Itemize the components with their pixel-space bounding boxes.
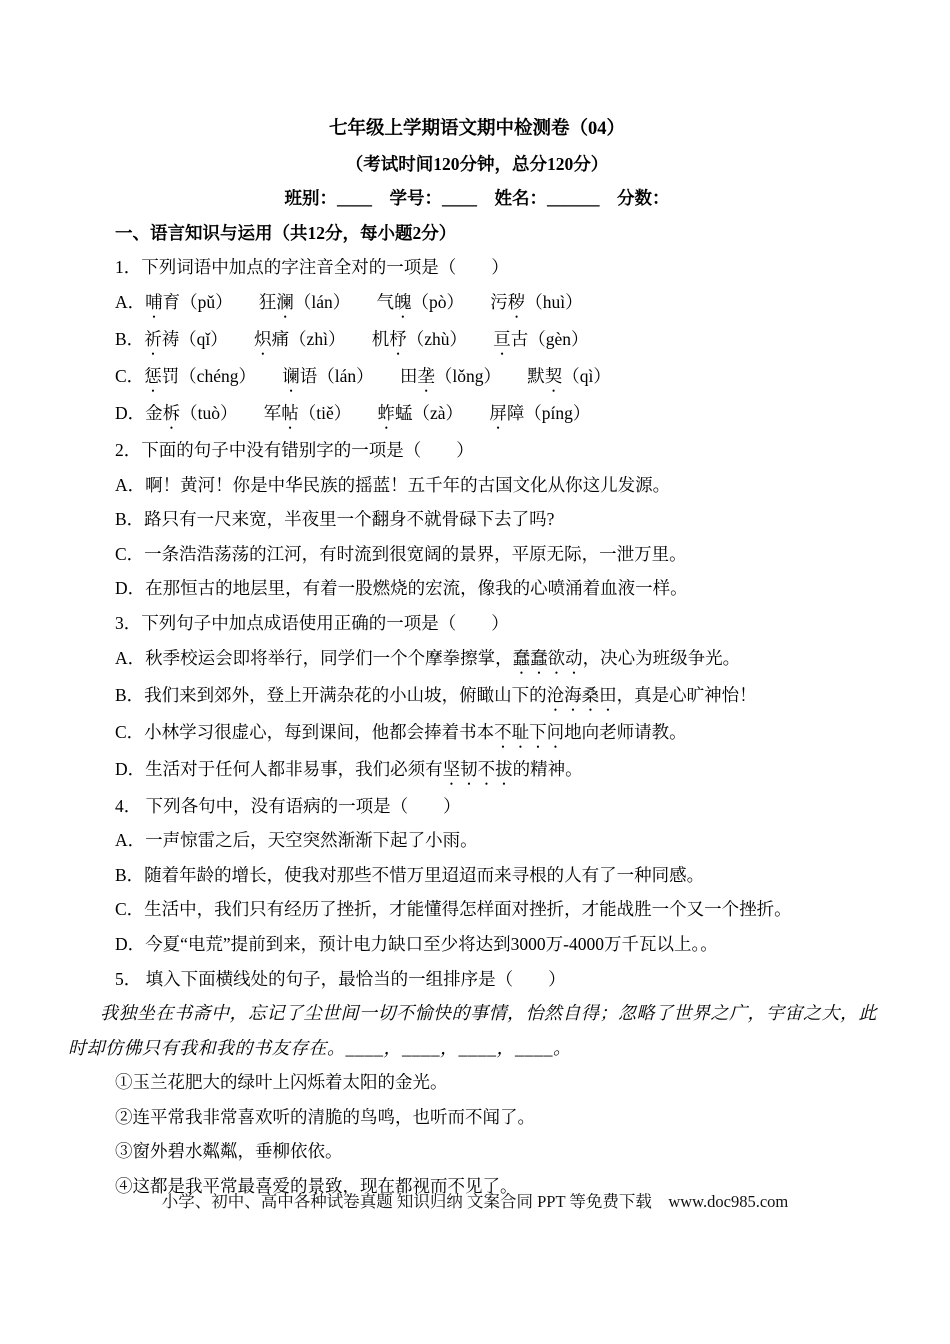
text-segment [337,329,372,349]
q1-option-a: A．哺育（pǔ） 狂澜（lán） 气魄（pò） 污秽（huì） [68,285,886,322]
q2-stem: 2．下面的句子中没有错别字的一项是（ ） [68,433,886,468]
text-segment: 金 [145,403,163,423]
text-segment: 气 [377,292,395,312]
q2-option-c: C．一条浩浩荡荡的江河，有时流到很宽阔的景界，平原无际，一泄万里。 [68,537,886,572]
text-segment [454,403,489,423]
emphasized-text: 哺 [145,292,163,312]
emphasized-text: 蚱 [378,403,396,423]
text-segment: ，决心为班级争光。 [583,648,741,668]
q3-option-a: A．秋季校运会即将举行，同学们一个个摩拳擦掌，蠢蠢欲动，决心为班级争光。 [68,641,886,678]
text-segment: （zhù） [407,329,459,349]
q3-option-b: B．我们来到郊外，登上开满杂花的小山坡，俯瞰山下的沧海桑田，真是心旷神怡！ [68,678,886,715]
text-segment: A．秋季校运会即将举行，同学们一个个摩拳擦掌， [115,648,513,668]
q2-option-d: D．在那恒古的地层里，有着一股燃烧的宏流，像我的心喷涌着血液一样。 [68,571,886,606]
text-segment: 障（píng） [507,403,591,423]
q2-option-a: A．啊！黄河！你是中华民族的摇蓝！五千年的古国文化从你这儿发源。 [68,468,886,503]
emphasized-text: 惩 [144,366,162,386]
text-segment: C．小林学习很虚心，每到课间，他都会捧着书本 [115,722,494,742]
emphasized-text: 不耻下问 [494,722,564,742]
q3-option-d: D．生活对于任何人都非易事，我们必须有坚韧不拔的精神。 [68,752,886,789]
text-segment [219,329,254,349]
q1-option-b: B．祈祷（qǐ） 炽痛（zhì） 机杼（zhù） 亘古（gèn） [68,322,886,359]
emphasized-text: 祈 [144,329,162,349]
text-segment: 军 [264,403,282,423]
text-segment: （pò） [412,292,456,312]
q1-option-c: C．惩罚（chéng） 谰语（lán） 田垄（lǒng） 默契（qì） [68,359,886,396]
text-segment: A． [115,292,145,312]
emphasized-text: 秽 [508,292,526,312]
q5-passage: 我独坐在书斋中，忘记了尘世间一切不愉快的事情，怡然自得；忽略了世界之广，宇宙之大… [68,996,886,1065]
emphasized-text: 契 [545,366,563,386]
text-segment: 祷（qǐ） [162,329,219,349]
q5-item-3: ③窗外碧水粼粼，垂柳依依。 [68,1134,886,1169]
text-segment [365,366,400,386]
text-segment: 污 [490,292,508,312]
text-segment: D． [115,403,145,423]
text-segment: D．生活对于任何人都非易事，我们必须有 [115,759,443,779]
emphasized-text: 谰 [282,366,300,386]
text-segment: （huì） [525,292,582,312]
text-segment [458,329,493,349]
page-title: 七年级上学期语文期中检测卷（04） [68,112,886,147]
text-segment: ，真是心旷神怡！ [617,685,757,705]
text-segment: 狂 [259,292,277,312]
text-segment: 田 [400,366,418,386]
text-segment: （tiě） [299,403,343,423]
q4-option-d: D．今夏“电荒”提前到来，预计电力缺口至少将达到3000万-4000万千瓦以上。… [68,927,886,962]
emphasized-text: 魄 [394,292,412,312]
text-segment [455,292,490,312]
emphasized-text: 屏 [489,403,507,423]
text-segment: 痛（zhì） [272,329,337,349]
emphasized-text: 帖 [281,403,299,423]
q3-stem: 3．下列句子中加点成语使用正确的一项是（ ） [68,606,886,641]
text-segment: 古（gèn） [511,329,589,349]
exam-paper-page: 七年级上学期语文期中检测卷（04） （考试时间120分钟，总分120分） 班别：… [0,0,950,1344]
text-segment: C． [115,366,144,386]
text-segment [342,292,377,312]
q5-stem: 5． 填入下面横线处的句子，最恰当的一组排序是（ ） [68,962,886,997]
text-segment: 蜢（zà） [395,403,454,423]
emphasized-text: 柝 [163,403,181,423]
q4-option-a: A．一声惊雷之后，天空突然渐渐下起了小雨。 [68,823,886,858]
student-info-line: 班别：____ 学号：____ 姓名：______ 分数： [68,181,886,216]
emphasized-text: 坚韧不拔 [443,759,513,779]
q1-stem: 1．下列词语中加点的字注音全对的一项是（ ） [68,250,886,285]
text-segment [492,366,527,386]
q2-option-b: B．路只有一尺来宽，半夜里一个翻身不就骨碌下去了吗? [68,502,886,537]
exam-time-subtitle: （考试时间120分钟，总分120分） [68,147,886,182]
text-segment: B．我们来到郊外，登上开满杂花的小山坡，俯瞰山下的 [115,685,547,705]
text-segment: 的精神。 [513,759,583,779]
text-segment: 机 [372,329,390,349]
text-segment: （qì） [562,366,611,386]
emphasized-text: 澜 [276,292,294,312]
text-segment [229,403,264,423]
q5-item-1: ①玉兰花肥大的绿叶上闪烁着太阳的金光。 [68,1065,886,1100]
q4-stem: 4． 下列各句中，没有语病的一项是（ ） [68,789,886,824]
q5-item-2: ②连平常我非常喜欢听的清脆的鸟鸣，也听而不闻了。 [68,1100,886,1135]
q3-option-c: C．小林学习很虚心，每到课间，他都会捧着书本不耻下问地向老师请教。 [68,715,886,752]
q4-option-c: C．生活中，我们只有经历了挫折，才能懂得怎样面对挫折，才能战胜一个又一个挫折。 [68,892,886,927]
text-segment [247,366,282,386]
emphasized-text: 沧海桑田 [547,685,617,705]
text-segment [224,292,259,312]
text-segment: B． [115,329,144,349]
text-segment: 育（pǔ） [163,292,224,312]
text-segment: 默 [527,366,545,386]
emphasized-text: 蠢蠢欲动 [513,648,583,668]
emphasized-text: 杼 [389,329,407,349]
q1-option-d: D．金柝（tuò） 军帖（tiě） 蚱蜢（zà） 屏障（píng） [68,396,886,433]
text-segment: 罚（chéng） [162,366,248,386]
emphasized-text: 垄 [417,366,435,386]
text-segment: （lǒng） [435,366,492,386]
q4-option-b: B．随着年龄的增长，使我对那些不惜万里迢迢而来寻根的人有了一种同感。 [68,858,886,893]
text-segment: 地向老师请教。 [564,722,687,742]
text-segment: （tuò） [180,403,229,423]
text-segment: （lán） [294,292,342,312]
watermark-footer: 小学、初中、高中各种试卷真题 知识归纳 文案合同 PPT 等免费下载 www.d… [0,1185,950,1220]
section-one-heading: 一、语言知识与运用（共12分，每小题2分） [68,216,886,251]
text-segment [343,403,378,423]
emphasized-text: 炽 [254,329,272,349]
text-segment: 语（lán） [300,366,365,386]
emphasized-text: 亘 [493,329,511,349]
